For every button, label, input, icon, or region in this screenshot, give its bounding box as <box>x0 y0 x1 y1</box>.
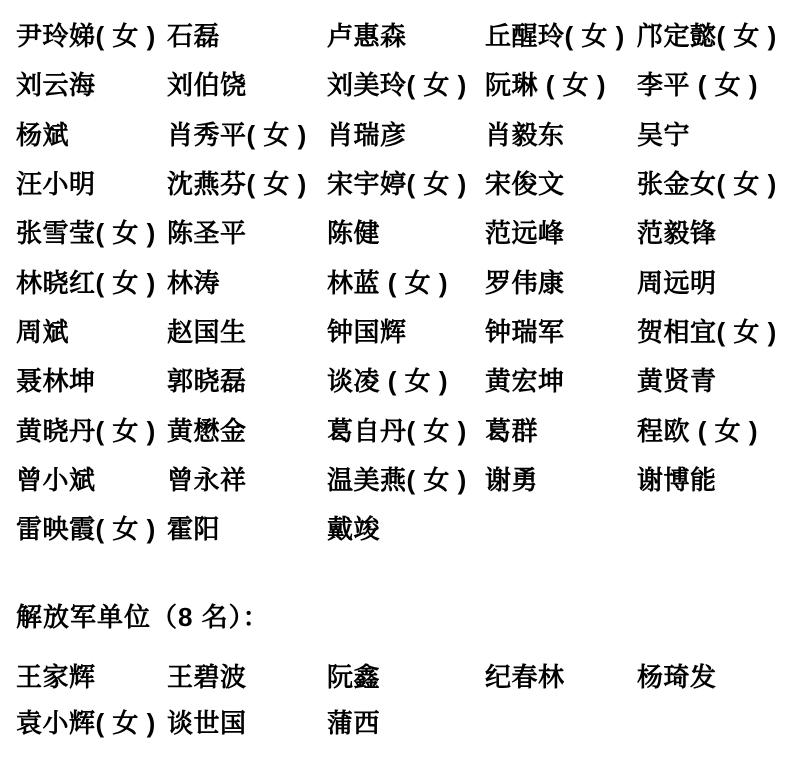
name-cell: 宋宇婷( 女 ) <box>327 158 485 207</box>
name-cell: 袁小辉( 女 ) <box>16 698 167 744</box>
name-cell: 邝定懿( 女 ) <box>637 10 800 59</box>
name-cell: 杨琦发 <box>637 652 800 698</box>
name-cell: 杨斌 <box>16 109 167 158</box>
name-cell: 温美燕( 女 ) <box>327 454 485 503</box>
name-cell: 宋俊文 <box>485 158 637 207</box>
name-cell: 范毅锋 <box>637 207 800 256</box>
name-cell: 汪小明 <box>16 158 167 207</box>
pla-section-heading: 解放军单位（8 名）： <box>16 600 800 634</box>
name-cell: 黄宏坤 <box>485 355 637 404</box>
name-cell: 尹玲娣( 女 ) <box>16 10 167 59</box>
name-cell: 罗伟康 <box>485 256 637 305</box>
name-cell: 黄贤青 <box>637 355 800 404</box>
name-cell: 赵国生 <box>167 306 327 355</box>
name-cell: 范远峰 <box>485 207 637 256</box>
name-cell <box>485 503 637 552</box>
name-cell: 林晓红( 女 ) <box>16 256 167 305</box>
name-cell: 蒲西 <box>327 698 485 744</box>
name-cell: 吴宁 <box>637 109 800 158</box>
name-cell: 林蓝 ( 女 ) <box>327 256 485 305</box>
name-cell: 谈世国 <box>167 698 327 744</box>
name-cell: 曾小斌 <box>16 454 167 503</box>
name-cell: 陈健 <box>327 207 485 256</box>
name-cell: 阮鑫 <box>327 652 485 698</box>
name-cell: 阮琳 ( 女 ) <box>485 59 637 108</box>
name-cell <box>485 698 637 744</box>
name-cell: 沈燕芬( 女 ) <box>167 158 327 207</box>
name-cell: 葛自丹( 女 ) <box>327 404 485 453</box>
name-cell: 卢惠森 <box>327 10 485 59</box>
name-cell: 霍阳 <box>167 503 327 552</box>
name-cell: 石磊 <box>167 10 327 59</box>
name-cell: 张金女( 女 ) <box>637 158 800 207</box>
name-cell: 王家辉 <box>16 652 167 698</box>
name-cell: 雷映霞( 女 ) <box>16 503 167 552</box>
name-cell: 谢勇 <box>485 454 637 503</box>
name-cell: 林涛 <box>167 256 327 305</box>
civilian-name-grid: 尹玲娣( 女 )石磊卢惠森丘醒玲( 女 )邝定懿( 女 )刘云海刘伯饶刘美玲( … <box>0 0 800 552</box>
name-cell: 肖瑞彦 <box>327 109 485 158</box>
name-cell: 陈圣平 <box>167 207 327 256</box>
name-cell: 谈凌 ( 女 ) <box>327 355 485 404</box>
name-cell: 钟国辉 <box>327 306 485 355</box>
name-cell: 黄懋金 <box>167 404 327 453</box>
name-cell: 戴竣 <box>327 503 485 552</box>
name-cell: 刘云海 <box>16 59 167 108</box>
name-cell: 聂林坤 <box>16 355 167 404</box>
name-cell: 肖秀平( 女 ) <box>167 109 327 158</box>
name-cell: 贺相宜( 女 ) <box>637 306 800 355</box>
name-cell: 曾永祥 <box>167 454 327 503</box>
name-cell <box>637 698 800 744</box>
name-cell: 郭晓磊 <box>167 355 327 404</box>
name-cell: 纪春林 <box>485 652 637 698</box>
pla-name-grid: 王家辉王碧波阮鑫纪春林杨琦发袁小辉( 女 )谈世国蒲西 <box>0 652 800 744</box>
name-cell: 刘伯饶 <box>167 59 327 108</box>
name-cell: 周远明 <box>637 256 800 305</box>
name-cell: 周斌 <box>16 306 167 355</box>
name-cell: 刘美玲( 女 ) <box>327 59 485 108</box>
name-cell <box>637 503 800 552</box>
name-cell: 王碧波 <box>167 652 327 698</box>
name-cell: 肖毅东 <box>485 109 637 158</box>
name-roster-document: 尹玲娣( 女 )石磊卢惠森丘醒玲( 女 )邝定懿( 女 )刘云海刘伯饶刘美玲( … <box>0 0 800 783</box>
name-cell: 葛群 <box>485 404 637 453</box>
name-cell: 张雪莹( 女 ) <box>16 207 167 256</box>
name-cell: 李平 ( 女 ) <box>637 59 800 108</box>
name-cell: 谢博能 <box>637 454 800 503</box>
name-cell: 黄晓丹( 女 ) <box>16 404 167 453</box>
name-cell: 钟瑞军 <box>485 306 637 355</box>
name-cell: 程欧 ( 女 ) <box>637 404 800 453</box>
name-cell: 丘醒玲( 女 ) <box>485 10 637 59</box>
